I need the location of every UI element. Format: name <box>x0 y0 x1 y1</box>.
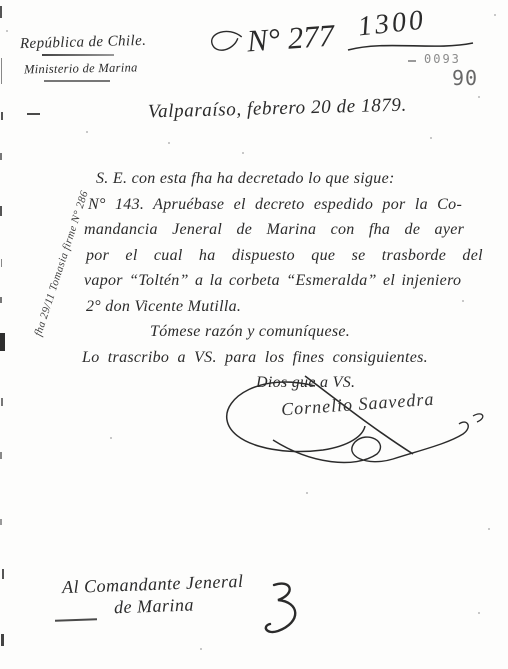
body-line: Tómese razón y comuníquese. <box>150 319 482 345</box>
scan-edge-bar <box>0 333 5 351</box>
paper-speck <box>242 152 244 154</box>
body-line: Lo trascribo a VS. para los fines consig… <box>82 345 482 371</box>
letter-body: S. E. con esta fha ha decretado lo que s… <box>84 166 482 396</box>
letterhead-ministry: Ministerio de Marina <box>24 60 180 78</box>
document-number: N° 277 <box>204 18 336 63</box>
scan-edge-mark <box>0 6 2 18</box>
body-line: N° 143. Apruébase el decreto espedido po… <box>88 192 482 218</box>
signature-flourish <box>215 372 500 470</box>
body-line: por el cual ha dispuesto que se trasbord… <box>86 243 482 269</box>
paper-speck <box>86 131 88 133</box>
dateline: Valparaíso, febrero 20 de 1879. <box>148 95 407 124</box>
pen-dash-mark <box>55 618 97 621</box>
addressee-line-2: de Marina <box>114 593 244 619</box>
pen-dash-mark <box>27 113 40 115</box>
scan-edge-mark <box>0 519 2 525</box>
paper-speck <box>6 30 8 32</box>
paper-speck <box>430 137 432 139</box>
stamp-dash-mark <box>408 60 416 62</box>
paper-speck <box>494 14 496 16</box>
body-line: mandancia Jeneral de Marina con fha de a… <box>84 217 482 243</box>
paper-speck <box>110 437 112 439</box>
scan-edge-mark <box>1 259 2 267</box>
body-line: S. E. con esta fha ha decretado lo que s… <box>96 166 482 192</box>
letterhead-rule <box>42 54 114 56</box>
paper-speck <box>478 612 480 614</box>
scan-edge-mark <box>1 634 4 646</box>
paper-speck <box>168 142 170 144</box>
body-line: vapor “Toltén” a la corbeta “Esmeralda” … <box>84 268 482 294</box>
scan-edge-mark <box>1 58 2 84</box>
scan-edge-mark <box>2 569 4 579</box>
stamp-number: 0093 <box>424 52 461 66</box>
scan-edge-mark <box>1 398 3 406</box>
letterhead-rule <box>44 80 110 82</box>
paper-speck <box>488 528 490 530</box>
scan-edge-mark <box>0 452 2 459</box>
scan-edge-mark <box>1 112 3 120</box>
body-line: 2° don Vicente Mutilla. <box>86 294 482 320</box>
letterhead-country: República de Chile. <box>20 32 180 53</box>
letterhead: República de Chile. Ministerio de Marina <box>20 34 180 82</box>
signature-block: Cornelio Saavedra <box>215 372 500 470</box>
page-number: 90 <box>452 66 478 90</box>
addressee-block: Al Comandante Jeneral de Marina <box>62 574 243 616</box>
pen-flourish-icon <box>204 29 246 58</box>
paper-speck <box>306 492 308 494</box>
paper-speck <box>478 96 480 98</box>
addressee-flourish <box>262 580 300 640</box>
paper-speck <box>200 648 202 650</box>
document-number-text: N° 277 <box>246 18 336 60</box>
scan-edge-mark <box>0 206 2 216</box>
scanned-document-page: República de Chile. Ministerio de Marina… <box>0 0 508 669</box>
scan-edge-mark <box>0 153 2 160</box>
scan-edge-mark <box>0 297 2 303</box>
